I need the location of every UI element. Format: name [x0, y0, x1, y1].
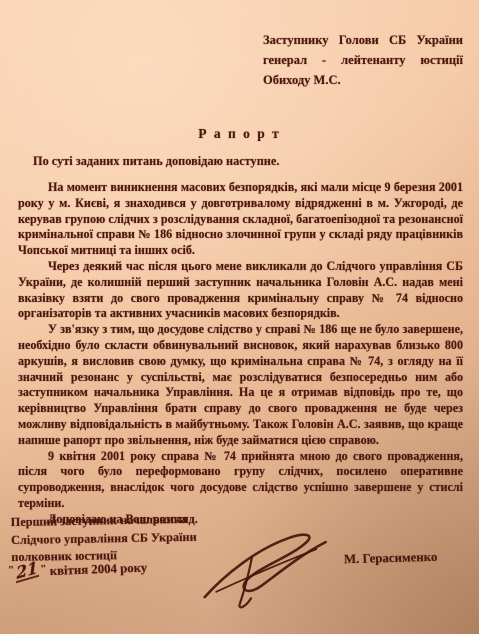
paragraph-3: У зв'язку з тим, що досудове слідство у …: [18, 322, 463, 448]
handwritten-day: 21: [15, 560, 39, 583]
scanned-document-photo: Заступнику Голови СБ України генерал - л…: [0, 0, 479, 634]
date-rest: квітня 2004 року: [46, 561, 147, 579]
recipient-block: Заступнику Голови СБ України генерал - л…: [263, 30, 463, 90]
intro-line: По суті заданих питань доповідаю наступн…: [33, 154, 463, 169]
document-body: На момент виникнення масових безпорядків…: [18, 180, 463, 528]
paragraph-4: 9 квітня 2001 року справа № 74 прийнята …: [18, 449, 463, 512]
date-line: "21" квітня 2004 року: [8, 560, 148, 581]
paragraph-1: На момент виникнення масових безпорядків…: [18, 180, 463, 259]
handwritten-signature: [192, 520, 350, 615]
recipient-line-1: Заступнику Голови СБ України: [263, 30, 463, 50]
date-open-quote: ": [8, 564, 15, 576]
document-title: Р а п о р т: [0, 126, 479, 142]
recipient-line-3: Обиходу М.С.: [263, 70, 463, 90]
recipient-line-2: генерал - лейтенанту юстиції: [263, 50, 463, 70]
paragraph-2: Через деякий час після цього мене виклик…: [18, 259, 463, 322]
signer-name: М. Герасименко: [344, 550, 438, 567]
